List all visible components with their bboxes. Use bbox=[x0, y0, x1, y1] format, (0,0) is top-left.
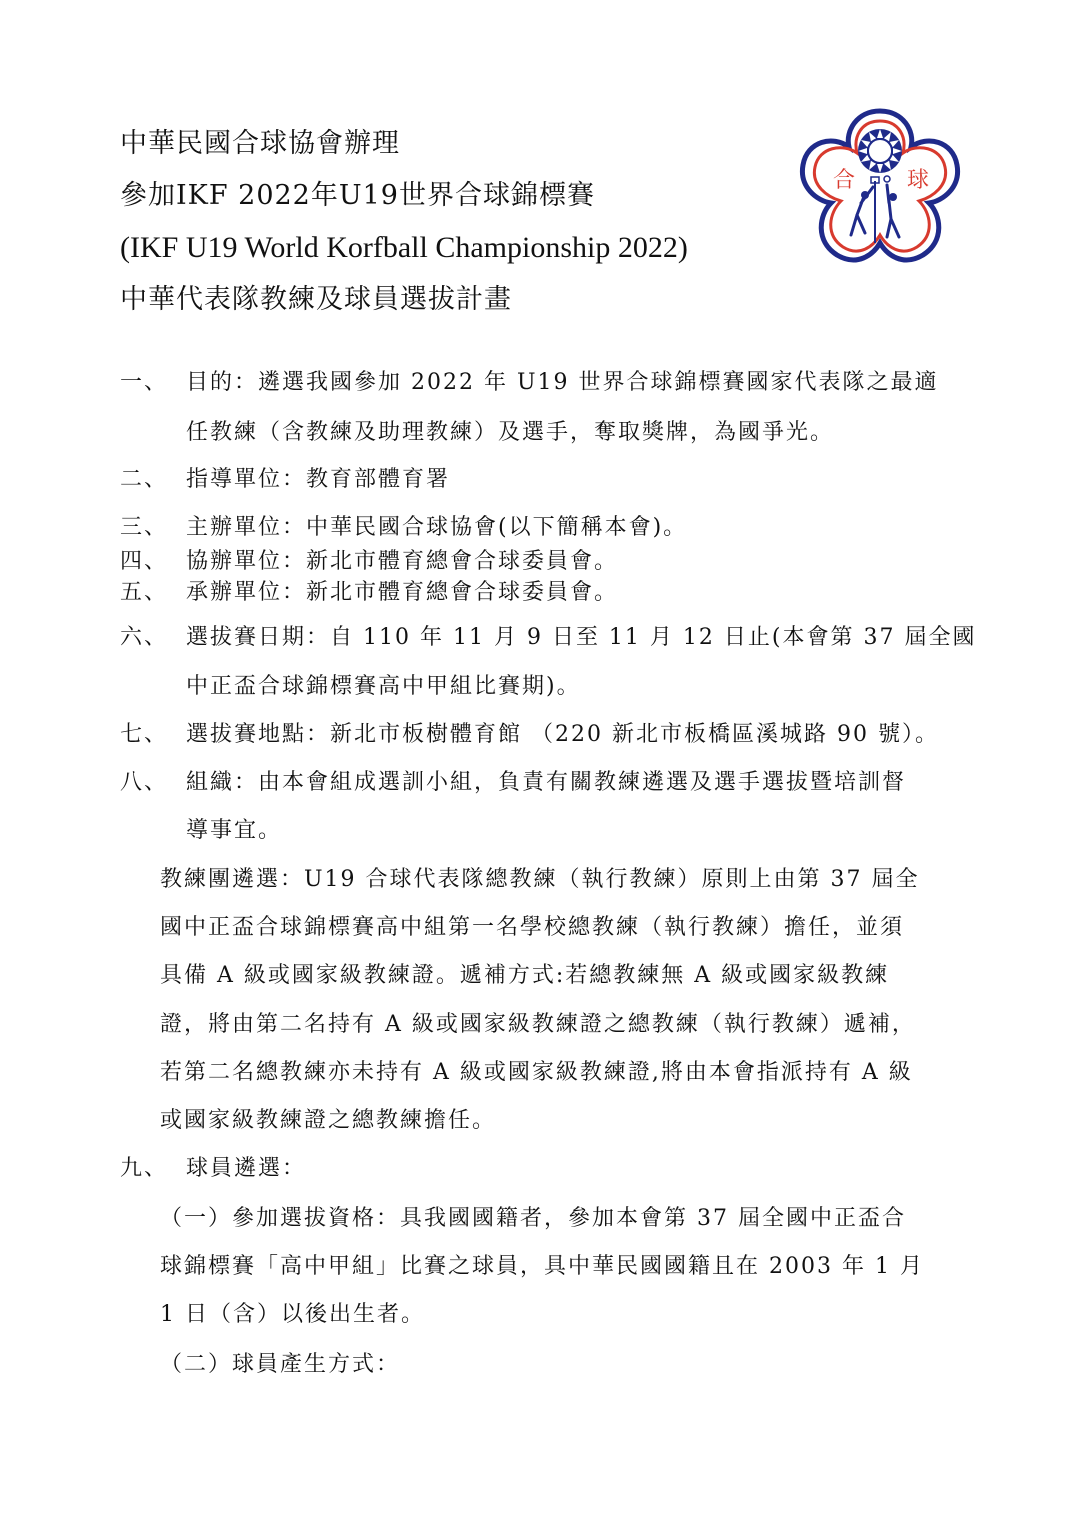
coach-selection-line-2: 國中正盃合球錦標賽高中組第一名學校總教練（執行教練）擔任，並須 bbox=[160, 913, 904, 943]
document-title: 中華民國合球協會辦理 參加IKF 2022年U19世界合球錦標賽 (IKF U1… bbox=[120, 118, 760, 326]
section-number-9: 九、 bbox=[120, 1154, 168, 1184]
section-number-4: 四、 bbox=[120, 547, 168, 577]
section-number-2: 二、 bbox=[120, 465, 168, 495]
section-number-6: 六、 bbox=[120, 623, 168, 653]
title-organizer: 中華民國合球協會辦理 bbox=[120, 118, 760, 170]
player-selection-method: （二）球員產生方式： bbox=[160, 1350, 400, 1380]
section-1-line-1: 目的：遴選我國參加 2022 年 U19 世界合球錦標賽國家代表隊之最適 bbox=[186, 368, 939, 398]
section-8-line-2: 導事宜。 bbox=[186, 816, 282, 846]
coach-selection-line-1: 教練團遴選：U19 合球代表隊總教練（執行教練）原則上由第 37 屆全 bbox=[160, 865, 920, 895]
title-event-en: (IKF U19 World Korfball Championship 202… bbox=[120, 222, 760, 274]
section-number-8: 八、 bbox=[120, 768, 168, 798]
document-page: 中華民國合球協會辦理 參加IKF 2022年U19世界合球錦標賽 (IKF U1… bbox=[0, 0, 1076, 1524]
section-8-line-1: 組織：由本會組成選訓小組，負責有關教練遴選及選手選拔暨培訓督 bbox=[186, 768, 906, 798]
section-4-line-1: 協辦單位：新北市體育總會合球委員會。 bbox=[186, 547, 618, 577]
coach-selection-line-4: 證，將由第二名持有 A 級或國家級教練證之總教練（執行教練）遞補， bbox=[160, 1010, 916, 1040]
player-eligibility-line-1: （一）參加選拔資格：具我國國籍者，參加本會第 37 屆全國中正盃合 bbox=[160, 1204, 906, 1234]
section-6-line-1: 選拔賽日期：自 110 年 11 月 9 日至 11 月 12 日止(本會第 3… bbox=[186, 623, 976, 653]
section-number-7: 七、 bbox=[120, 720, 168, 750]
section-number-1: 一、 bbox=[120, 368, 168, 398]
section-2-line-1: 指導單位：教育部體育署 bbox=[186, 465, 450, 495]
section-number-5: 五、 bbox=[120, 578, 168, 608]
title-plan: 中華代表隊教練及球員選拔計畫 bbox=[120, 274, 760, 326]
player-eligibility-line-3: 1 日（含）以後出生者。 bbox=[160, 1300, 425, 1330]
coach-selection-line-3: 具備 A 級或國家級教練證。遞補方式:若總教練無 A 級或國家級教練 bbox=[160, 961, 889, 991]
section-3-line-1: 主辦單位：中華民國合球協會(以下簡稱本會)。 bbox=[186, 513, 687, 543]
section-6-line-2: 中正盃合球錦標賽高中甲組比賽期)。 bbox=[186, 672, 581, 702]
section-7-line-1: 選拔賽地點：新北市板樹體育館 （220 新北市板橋區溪城路 90 號）。 bbox=[186, 720, 939, 750]
section-number-3: 三、 bbox=[120, 513, 168, 543]
korfball-association-logo: 合 球 bbox=[795, 103, 965, 273]
section-1-line-2: 任教練（含教練及助理教練）及選手，奪取獎牌，為國爭光。 bbox=[186, 418, 834, 448]
plum-blossom-logo-icon: 合 球 bbox=[795, 103, 965, 273]
coach-selection-line-5: 若第二名總教練亦未持有 A 級或國家級教練證,將由本會指派持有 A 級 bbox=[160, 1058, 913, 1088]
section-5-line-1: 承辦單位：新北市體育總會合球委員會。 bbox=[186, 578, 618, 608]
logo-char-right: 球 bbox=[907, 168, 929, 193]
logo-char-left: 合 bbox=[833, 168, 855, 193]
title-event-zh: 參加IKF 2022年U19世界合球錦標賽 bbox=[120, 170, 760, 222]
coach-selection-line-6: 或國家級教練證之總教練擔任。 bbox=[160, 1106, 496, 1136]
player-eligibility-line-2: 球錦標賽「高中甲組」比賽之球員，具中華民國國籍且在 2003 年 1 月 bbox=[160, 1252, 924, 1282]
section-9-line-1: 球員遴選： bbox=[186, 1154, 306, 1184]
